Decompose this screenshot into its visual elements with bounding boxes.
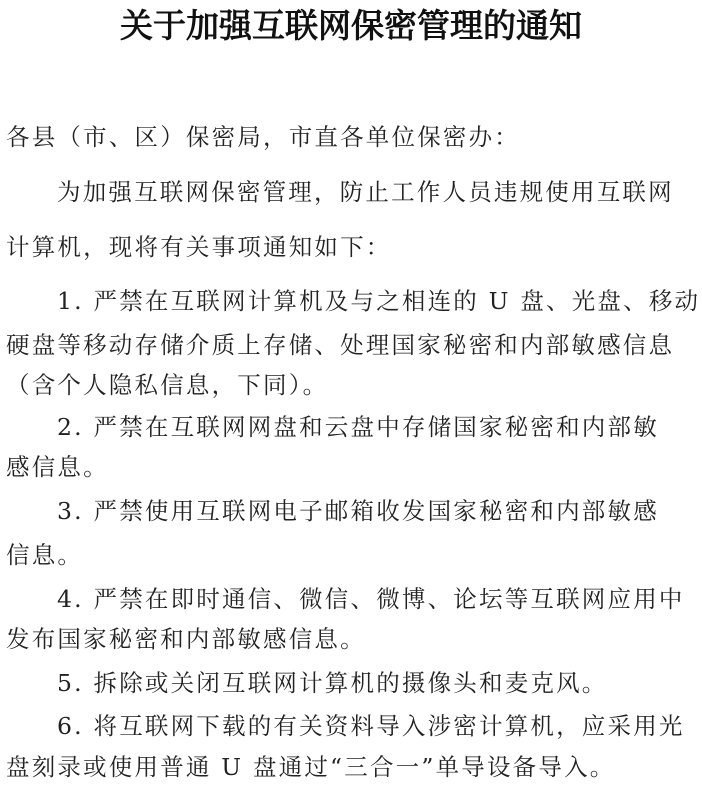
item-3-line-1: 3. 严禁使用互联网电子邮箱收发国家秘密和内部敏感 <box>57 496 702 526</box>
item-6-line-1: 6. 将互联网下载的有关资料导入涉密计算机，应采用光 <box>57 711 702 741</box>
intro-line-2: 计算机，现将有关事项通知如下： <box>6 232 700 262</box>
intro-line-1: 为加强互联网保密管理，防止工作人员违规使用互联网 <box>57 177 702 207</box>
item-1-line-3: （含个人隐私信息，下同）。 <box>6 370 700 400</box>
document-title: 关于加强互联网保密管理的通知 <box>0 4 702 48</box>
item-5-line-1: 5. 拆除或关闭互联网计算机的摄像头和麦克风。 <box>57 668 702 698</box>
item-2-line-1: 2. 严禁在互联网网盘和云盘中存储国家秘密和内部敏 <box>57 412 702 442</box>
salutation: 各县（市、区）保密局，市直各单位保密办： <box>6 122 700 152</box>
item-1-line-1: 1. 严禁在互联网计算机及与之相连的 U 盘、光盘、移动 <box>57 286 702 316</box>
item-3-line-2: 信息。 <box>6 540 700 570</box>
item-1-line-2: 硬盘等移动存储介质上存储、处理国家秘密和内部敏感信息 <box>6 330 700 360</box>
item-4-line-1: 4. 严禁在即时通信、微信、微博、论坛等互联网应用中 <box>57 584 702 614</box>
item-6-line-2: 盘刻录或使用普通 U 盘通过“三合一”单导设备导入。 <box>6 752 700 782</box>
item-4-line-2: 发布国家秘密和内部敏感信息。 <box>6 624 700 654</box>
item-2-line-2: 感信息。 <box>6 452 700 482</box>
